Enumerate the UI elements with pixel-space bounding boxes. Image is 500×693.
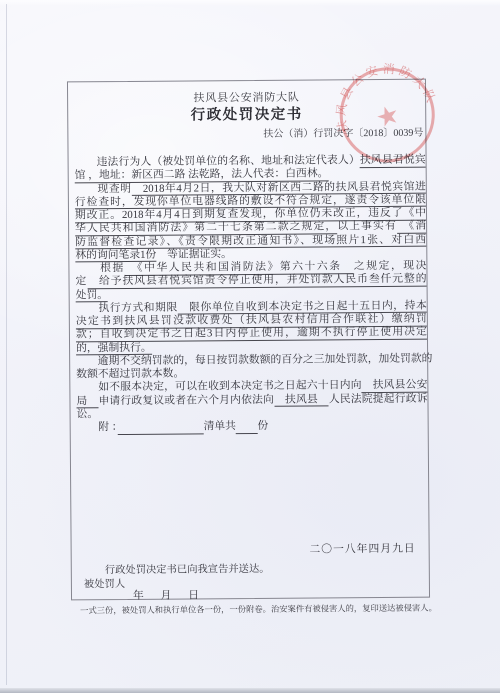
body-line: 定 给予扶风县君悦宾馆责令停止使用，并处罚款人民币叁仟元整的 — [75, 273, 426, 289]
photo-bottom-edge — [0, 688, 500, 693]
body-line: 局 申请行政复议或者在六个月内依法向 扶风县 人民法院提起行政诉 — [76, 392, 427, 408]
body-line: 附 ： 清单共 份 — [77, 419, 428, 435]
service-statement: 行政处罚决定书已向我宣告并送达。 — [105, 560, 270, 576]
document-body: 违法行为人（被处罚单位的名称、地址和法定代表人）扶风县君悦宾馆 ，地址：新区西二… — [75, 154, 428, 435]
date-fill-line: 年 月 日 — [133, 587, 202, 603]
body-line: 款；自收到决定书之日起3日内停止使用，逾期不执行停止使用决定 — [76, 326, 427, 342]
body-line: 防监督检查记录》、《责令限期改正通知书》、现场照片1张、对白西 — [75, 233, 426, 249]
footer-note: 一式三份，被处罚人和执行单位各一份，一份附卷。治安案件有被侵害人的，复印送达被侵… — [80, 602, 436, 617]
punished-person-label: 被处罚人 — [84, 575, 125, 590]
decision-date: 二〇一八年四月九日 — [71, 541, 416, 559]
scanned-photo: 扶风县公安消防大队 行政处罚决定书 扶公（消）行罚决字〔2018〕0039号 违… — [0, 0, 500, 693]
body-line: 逾期不交纳罚款的，每日按罚款数额的百分之三加处罚款，加处罚款的 — [76, 352, 427, 368]
star-icon: ★ — [372, 99, 403, 134]
document-sheet: 扶风县公安消防大队 行政处罚决定书 扶公（消）行罚决字〔2018〕0039号 违… — [0, 0, 500, 693]
